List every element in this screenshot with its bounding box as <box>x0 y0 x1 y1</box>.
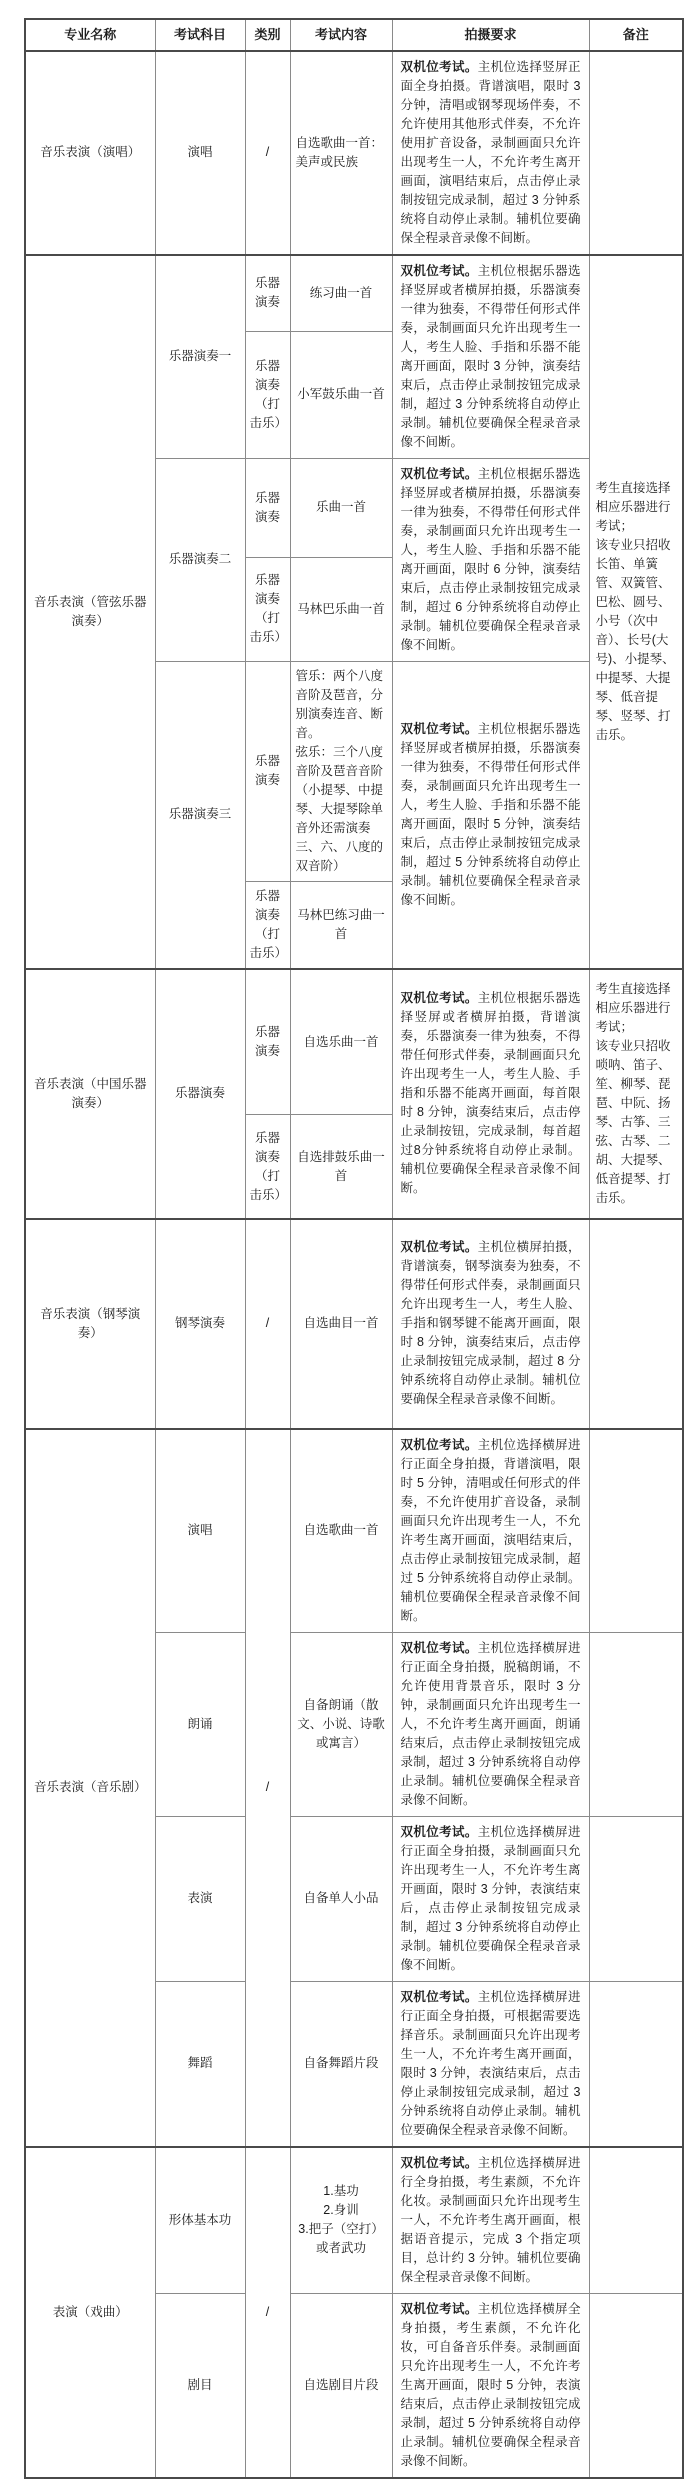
category-cell: 乐器演奏（打击乐） <box>245 1115 290 1219</box>
requirement-cell: 双机位考试。主机位选择横屏进行全身拍摄，考生素颜，不允许化妆。录制画面只允许出现… <box>392 2147 589 2294</box>
header-requirement: 拍摄要求 <box>392 19 589 51</box>
content-cell: 自备朗诵（散文、小说、诗歌或寓言） <box>290 1632 392 1816</box>
category-cell: 乐器演奏 <box>245 969 290 1115</box>
dual-camera-label: 双机位考试。 <box>401 1438 478 1452</box>
note-cell: 考生直接选择相应乐器进行考试； 该专业只招收长笛、单簧管、双簧管、巴松、圆号、小… <box>589 255 683 969</box>
content-cell: 自选曲目一首 <box>290 1219 392 1429</box>
major-cell: 音乐表演（演唱） <box>25 51 155 255</box>
content-cell: 自选乐曲一首 <box>290 969 392 1115</box>
subject-cell: 乐器演奏一 <box>155 255 245 459</box>
header-category: 类别 <box>245 19 290 51</box>
category-cell: / <box>245 51 290 255</box>
requirement-cell: 双机位考试。主机位根据乐器选择竖屏或者横屏拍摄，乐器演奏一律为独奏，不得带任何形… <box>392 458 589 661</box>
content-cell: 乐曲一首 <box>290 458 392 557</box>
table-row: 音乐表演（管弦乐器演奏） 乐器演奏一 乐器演奏 练习曲一首 双机位考试。主机位根… <box>25 255 683 331</box>
subject-cell: 乐器演奏三 <box>155 661 245 969</box>
requirement-cell: 双机位考试。主机位选择竖屏正面全身拍摄。背谱演唱，限时 3 分钟，清唱或钢琴现场… <box>392 51 589 255</box>
content-cell: 马林巴练习曲一首 <box>290 881 392 969</box>
table-row: 表演（戏曲） 形体基本功 / 1.基功 2.身训 3.把子（空打） 或者武功 双… <box>25 2147 683 2294</box>
category-cell: 乐器演奏 <box>245 458 290 557</box>
requirement-cell: 双机位考试。主机位选择横屏进行正面全身拍摄，录制画面只允许出现考生一人，不允许考… <box>392 1816 589 1981</box>
content-cell: 自备舞蹈片段 <box>290 1981 392 2147</box>
content-cell: 马林巴乐曲一首 <box>290 558 392 662</box>
requirement-cell: 双机位考试。主机位选择横屏进行正面全身拍摄，可根据需要选择音乐。录制画面只允许出… <box>392 1981 589 2147</box>
major-cell: 音乐表演（管弦乐器演奏） <box>25 255 155 969</box>
dual-camera-label: 双机位考试。 <box>401 2302 478 2316</box>
requirement-cell: 双机位考试。主机位选择横屏进行正面全身拍摄，背谱演唱，限时 5 分钟，清唱或任何… <box>392 1429 589 1633</box>
requirement-text: 主机位根据乐器选择竖屏或者横屏拍摄，乐器演奏一律为独奏，不得带任何形式伴奏，录制… <box>401 722 581 907</box>
note-cell <box>589 1816 683 1981</box>
document-page: 专业名称 考试科目 类别 考试内容 拍摄要求 备注 音乐表演（演唱） 演唱 / … <box>0 0 700 2489</box>
note-cell <box>589 2147 683 2294</box>
requirement-text: 主机位选择横屏进行正面全身拍摄，背谱演唱，限时 5 分钟，清唱或任何形式的伴奏，… <box>401 1438 581 1623</box>
subject-cell: 朗诵 <box>155 1632 245 1816</box>
note-cell <box>589 1981 683 2147</box>
dual-camera-label: 双机位考试。 <box>401 722 478 736</box>
note-cell <box>589 1219 683 1429</box>
requirement-text: 主机位选择横屏全身拍摄，考生素颜，不允许化妆，可自备音乐伴奏。录制画面只允许出现… <box>401 2302 581 2468</box>
content-cell: 自选歌曲一首： 美声或民族 <box>290 51 392 255</box>
header-note: 备注 <box>589 19 683 51</box>
table-row: 音乐表演（钢琴演奏） 钢琴演奏 / 自选曲目一首 双机位考试。主机位横屏拍摄，背… <box>25 1219 683 1429</box>
major-cell: 音乐表演（音乐剧） <box>25 1429 155 2147</box>
content-cell: 练习曲一首 <box>290 255 392 331</box>
note-cell <box>589 1429 683 1633</box>
major-cell: 表演（戏曲） <box>25 2147 155 2478</box>
category-cell: 乐器演奏（打击乐） <box>245 331 290 458</box>
content-cell: 自选歌曲一首 <box>290 1429 392 1633</box>
dual-camera-label: 双机位考试。 <box>401 1641 478 1655</box>
category-cell: 乐器演奏（打击乐） <box>245 881 290 969</box>
exam-requirements-table: 专业名称 考试科目 类别 考试内容 拍摄要求 备注 音乐表演（演唱） 演唱 / … <box>24 18 684 2479</box>
header-subject: 考试科目 <box>155 19 245 51</box>
requirement-text: 主机位根据乐器选择竖屏或者横屏拍摄，背谱演奏，乐器演奏一律为独奏，不得带任何形式… <box>401 991 581 1195</box>
note-cell <box>589 1632 683 1816</box>
dual-camera-label: 双机位考试。 <box>401 991 478 1005</box>
subject-cell: 钢琴演奏 <box>155 1219 245 1429</box>
category-cell: 乐器演奏 <box>245 255 290 331</box>
requirement-text: 主机位选择横屏进行全身拍摄，考生素颜，不允许化妆。录制画面只允许出现考生一人，不… <box>401 2156 581 2284</box>
content-cell: 小军鼓乐曲一首 <box>290 331 392 458</box>
note-cell <box>589 51 683 255</box>
content-cell: 自选剧目片段 <box>290 2293 392 2478</box>
dual-camera-label: 双机位考试。 <box>401 264 478 278</box>
requirement-text: 主机位选择横屏进行正面全身拍摄，录制画面只允许出现考生一人，不允许考生离开画面，… <box>401 1825 581 1972</box>
requirement-text: 主机位选择横屏进行正面全身拍摄，脱稿朗诵，不允许使用背景音乐，限时 3 分钟，录… <box>401 1641 581 1807</box>
requirement-text: 主机位选择横屏进行正面全身拍摄，可根据需要选择音乐。录制画面只允许出现考生一人，… <box>401 1990 581 2137</box>
table-row: 音乐表演（中国乐器演奏） 乐器演奏 乐器演奏 自选乐曲一首 双机位考试。主机位根… <box>25 969 683 1115</box>
category-cell: / <box>245 1429 290 2147</box>
requirement-cell: 双机位考试。主机位横屏拍摄，背谱演奏，钢琴演奏为独奏，不得带任何形式伴奏，录制画… <box>392 1219 589 1429</box>
category-cell: / <box>245 2147 290 2478</box>
header-content: 考试内容 <box>290 19 392 51</box>
subject-cell: 乐器演奏 <box>155 969 245 1219</box>
header-row: 专业名称 考试科目 类别 考试内容 拍摄要求 备注 <box>25 19 683 51</box>
category-cell: / <box>245 1219 290 1429</box>
header-major: 专业名称 <box>25 19 155 51</box>
content-cell: 自选排鼓乐曲一首 <box>290 1115 392 1219</box>
major-cell: 音乐表演（中国乐器演奏） <box>25 969 155 1219</box>
requirement-cell: 双机位考试。主机位根据乐器选择竖屏或者横屏拍摄，乐器演奏一律为独奏，不得带任何形… <box>392 661 589 969</box>
table-row: 音乐表演（音乐剧） 演唱 / 自选歌曲一首 双机位考试。主机位选择横屏进行正面全… <box>25 1429 683 1633</box>
subject-cell: 演唱 <box>155 51 245 255</box>
requirement-text: 主机位根据乐器选择竖屏或者横屏拍摄，乐器演奏一律为独奏，不得带任何形式伴奏，录制… <box>401 264 581 449</box>
dual-camera-label: 双机位考试。 <box>401 1240 478 1254</box>
requirement-cell: 双机位考试。主机位选择横屏进行正面全身拍摄，脱稿朗诵，不允许使用背景音乐，限时 … <box>392 1632 589 1816</box>
note-cell: 考生直接选择相应乐器进行考试； 该专业只招收唢呐、笛子、笙、柳琴、琵琶、中阮、扬… <box>589 969 683 1219</box>
requirement-text: 主机位选择竖屏正面全身拍摄。背谱演唱，限时 3 分钟，清唱或钢琴现场伴奏，不允许… <box>401 60 581 245</box>
subject-cell: 舞蹈 <box>155 1981 245 2147</box>
dual-camera-label: 双机位考试。 <box>401 1825 478 1839</box>
subject-cell: 形体基本功 <box>155 2147 245 2294</box>
category-cell: 乐器演奏 <box>245 661 290 881</box>
subject-cell: 剧目 <box>155 2293 245 2478</box>
category-cell: 乐器演奏（打击乐） <box>245 558 290 662</box>
requirement-cell: 双机位考试。主机位根据乐器选择竖屏或者横屏拍摄，乐器演奏一律为独奏，不得带任何形… <box>392 255 589 459</box>
subject-cell: 演唱 <box>155 1429 245 1633</box>
subject-cell: 表演 <box>155 1816 245 1981</box>
content-cell: 自备单人小品 <box>290 1816 392 1981</box>
note-cell <box>589 2293 683 2478</box>
subject-cell: 乐器演奏二 <box>155 458 245 661</box>
content-cell: 管乐：两个八度音阶及琶音，分别演奏连音、断音。 弦乐：三个八度音阶及琶音音阶（小… <box>290 661 392 881</box>
major-cell: 音乐表演（钢琴演奏） <box>25 1219 155 1429</box>
requirement-cell: 双机位考试。主机位根据乐器选择竖屏或者横屏拍摄，背谱演奏，乐器演奏一律为独奏，不… <box>392 969 589 1219</box>
dual-camera-label: 双机位考试。 <box>401 1990 478 2004</box>
dual-camera-label: 双机位考试。 <box>401 467 478 481</box>
dual-camera-label: 双机位考试。 <box>401 2156 478 2170</box>
requirement-text: 主机位根据乐器选择竖屏或者横屏拍摄，乐器演奏一律为独奏，不得带任何形式伴奏，录制… <box>401 467 581 652</box>
dual-camera-label: 双机位考试。 <box>401 60 478 74</box>
requirement-text: 主机位横屏拍摄，背谱演奏，钢琴演奏为独奏，不得带任何形式伴奏，录制画面只允许出现… <box>401 1240 581 1406</box>
table-row: 音乐表演（演唱） 演唱 / 自选歌曲一首： 美声或民族 双机位考试。主机位选择竖… <box>25 51 683 255</box>
requirement-cell: 双机位考试。主机位选择横屏全身拍摄，考生素颜，不允许化妆，可自备音乐伴奏。录制画… <box>392 2293 589 2478</box>
content-cell: 1.基功 2.身训 3.把子（空打） 或者武功 <box>290 2147 392 2294</box>
